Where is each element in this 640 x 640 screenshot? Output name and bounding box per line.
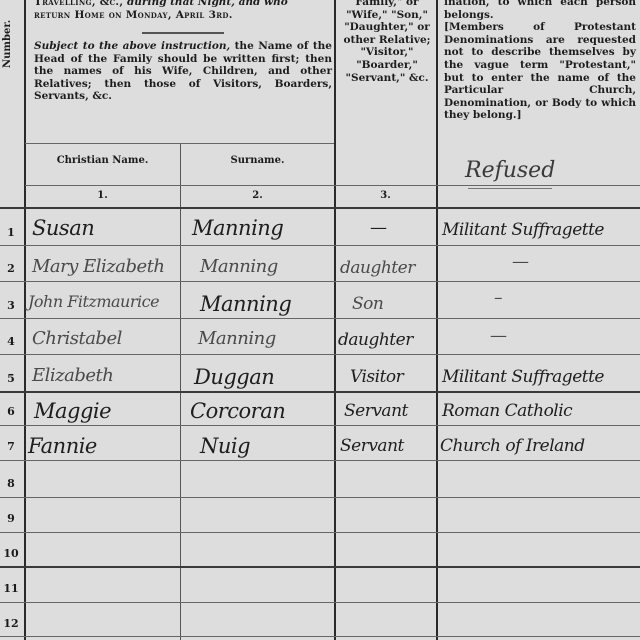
religion-cell: Church of Ireland [440,436,585,456]
christian-name-cell: Susan [32,216,94,240]
number-column-divider [24,0,26,640]
christian-name-cell: Maggie [34,399,111,423]
relation-cell: daughter [338,330,413,350]
row-number: 3 [0,299,22,312]
column-number-2: 2. [181,190,334,201]
column-number-3: 3. [335,190,436,201]
column-number-1: 1. [25,190,180,201]
number-column-header: Number. [2,8,22,68]
christian-name-cell: Fannie [28,434,97,458]
row-number: 11 [0,582,22,595]
surname-header: Surname. [181,155,334,166]
row-number: 12 [0,617,22,630]
census-form-page: Number. Travelling, &c., during that Nig… [0,0,640,640]
row-rule [0,602,640,603]
row-rule [0,391,640,393]
relation-cell: Son [352,294,383,314]
relation-cell: Servant [340,436,404,456]
instruction-top: Travelling, &c., during that Night, and … [34,0,332,21]
relation-cell: daughter [340,258,415,278]
row-number: 6 [0,405,22,418]
relation-cell: Servant [344,401,408,421]
religion-cell: Roman Catholic [442,401,572,421]
christian-name-cell: Christabel [32,328,122,349]
header-bottom-rule [0,207,640,209]
religion-cell: Militant Suffragette [442,367,604,387]
relation-cell: — [370,218,387,238]
row-rule [0,425,640,426]
surname-cell: Manning [200,256,278,277]
row-rule [0,460,640,461]
instruction-top-line1a: Travelling, &c., [34,0,123,8]
row-rule [0,245,640,246]
christian-name-cell: Mary Elizabeth [32,256,165,277]
religion-cell: — [512,252,529,272]
row-rule [0,566,640,568]
row-rule [0,497,640,498]
surname-cell: Manning [192,216,283,240]
christian-name-cell: John Fitzmaurice [28,292,159,311]
row-number: 2 [0,262,22,275]
row-number: 4 [0,335,22,348]
row-rule [0,354,640,355]
name-header-top-rule [25,143,334,144]
instruction-main-lead: Subject to the above instruction, [34,40,230,52]
religion-instruction: ination, to which each person belongs. [… [444,0,636,122]
column-number-rule [25,185,640,186]
relation-cell: Visitor [350,367,403,387]
instruction-top-line1b: during that Night, and who [123,0,287,8]
row-rule [0,281,640,282]
religion-cell: Militant Suffragette [442,220,604,240]
refused-underline [468,188,552,189]
christian-name-header: Christian Name. [25,155,180,166]
instruction-separator-rule [142,32,224,34]
instruction-top-line2: return Home on Monday, April 3rd. [34,9,233,21]
surname-cell: Duggan [194,365,274,389]
relation-instruction: Family," or "Wife," "Son," "Daughter," o… [340,0,434,84]
row-rule [0,532,640,533]
surname-cell: Corcoran [190,399,285,423]
relation-religion-divider [436,0,438,640]
name-relation-divider [334,0,336,640]
row-number: 9 [0,512,22,525]
row-rule [0,318,640,319]
religion-refused-annotation: Refused [465,158,555,183]
instruction-main: Subject to the above instruction, the Na… [34,40,332,103]
row-number: 10 [0,547,22,560]
row-number: 7 [0,440,22,453]
row-number: 8 [0,477,22,490]
surname-cell: Nuig [200,434,250,458]
religion-cell: — [490,326,507,346]
row-number: 1 [0,226,22,239]
religion-instruction-note: [Members of Protestant Denominations are… [444,21,636,121]
row-rule [0,636,640,637]
religion-instruction-line1: ination, to which each person belongs. [444,0,636,21]
surname-cell: Manning [200,292,291,316]
row-number: 5 [0,372,22,385]
christian-name-cell: Elizabeth [32,365,113,386]
religion-cell: – [494,288,502,308]
surname-cell: Manning [198,328,276,349]
